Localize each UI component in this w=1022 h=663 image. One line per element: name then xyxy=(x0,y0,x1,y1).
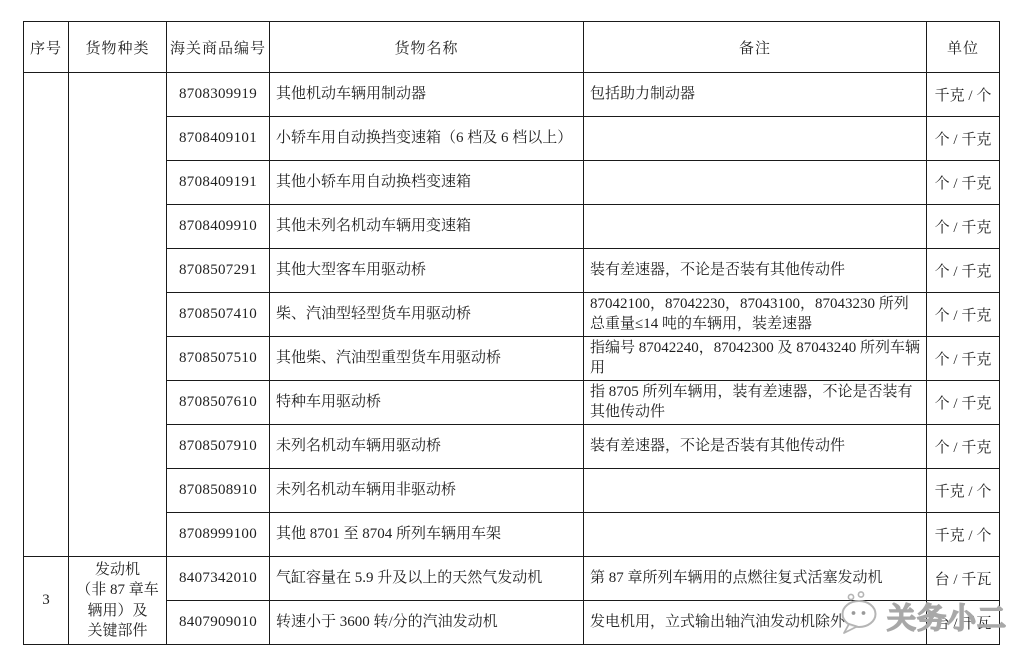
unit-cell: 千克 / 个 xyxy=(927,73,1000,117)
unit-cell: 个 / 千克 xyxy=(927,293,1000,337)
code-cell: 8708507510 xyxy=(167,337,270,381)
header-row: 序号货物种类海关商品编号货物名称备注单位 xyxy=(24,22,1000,73)
table-row: 8708507291其他大型客车用驱动桥装有差速器，不论是否装有其他传动件个 /… xyxy=(24,249,1000,293)
table-row: 8708309919其他机动车辆用制动器包括助力制动器千克 / 个 xyxy=(24,73,1000,117)
name-cell: 未列名机动车辆用驱动桥 xyxy=(270,425,584,469)
code-cell: 8407342010 xyxy=(167,557,270,601)
unit-cell: 个 / 千克 xyxy=(927,205,1000,249)
code-cell: 8708507910 xyxy=(167,425,270,469)
remark-cell xyxy=(584,161,927,205)
code-cell: 8407909010 xyxy=(167,601,270,645)
table-row: 8708508910未列名机动车辆用非驱动桥千克 / 个 xyxy=(24,469,1000,513)
code-cell: 8708508910 xyxy=(167,469,270,513)
name-cell: 小轿车用自动换挡变速箱（6 档及 6 档以上） xyxy=(270,117,584,161)
code-cell: 8708507410 xyxy=(167,293,270,337)
code-cell: 8708409191 xyxy=(167,161,270,205)
remark-cell: 装有差速器，不论是否装有其他传动件 xyxy=(584,249,927,293)
code-cell: 8708409910 xyxy=(167,205,270,249)
remark-cell: 第 87 章所列车辆用的点燃往复式活塞发动机 xyxy=(584,557,927,601)
unit-cell: 千克 / 个 xyxy=(927,469,1000,513)
unit-cell: 台 / 千瓦 xyxy=(927,557,1000,601)
table-row: 8708507910未列名机动车辆用驱动桥装有差速器，不论是否装有其他传动件个 … xyxy=(24,425,1000,469)
unit-cell: 台 / 千瓦 xyxy=(927,601,1000,645)
goods-table: 序号货物种类海关商品编号货物名称备注单位 8708309919其他机动车辆用制动… xyxy=(23,21,1000,645)
column-header-unit: 单位 xyxy=(927,22,1000,73)
code-cell: 8708309919 xyxy=(167,73,270,117)
name-cell: 气缸容量在 5.9 升及以上的天然气发动机 xyxy=(270,557,584,601)
remark-cell xyxy=(584,469,927,513)
table-row: 3发动机 （非 87 章车 辆用）及 关键部件8407342010气缸容量在 5… xyxy=(24,557,1000,601)
name-cell: 转速小于 3600 转/分的汽油发动机 xyxy=(270,601,584,645)
remark-cell: 指编号 87042240，87042300 及 87043240 所列车辆用 xyxy=(584,337,927,381)
unit-cell: 千克 / 个 xyxy=(927,513,1000,557)
name-cell: 其他 8701 至 8704 所列车辆用车架 xyxy=(270,513,584,557)
name-cell: 特种车用驱动桥 xyxy=(270,381,584,425)
name-cell: 其他柴、汽油型重型货车用驱动桥 xyxy=(270,337,584,381)
remark-cell: 包括助力制动器 xyxy=(584,73,927,117)
table-row: 8708507610特种车用驱动桥指 8705 所列车辆用，装有差速器，不论是否… xyxy=(24,381,1000,425)
table-row: 8708999100其他 8701 至 8704 所列车辆用车架千克 / 个 xyxy=(24,513,1000,557)
remark-cell: 发电机用，立式输出轴汽油发动机除外 xyxy=(584,601,927,645)
unit-cell: 个 / 千克 xyxy=(927,117,1000,161)
unit-cell: 个 / 千克 xyxy=(927,425,1000,469)
unit-cell: 个 / 千克 xyxy=(927,381,1000,425)
category-cell xyxy=(69,73,167,557)
remark-cell xyxy=(584,205,927,249)
code-cell: 8708507610 xyxy=(167,381,270,425)
column-header-serial: 序号 xyxy=(24,22,69,73)
remark-cell: 87042100，87042230，87043100，87043230 所列总重… xyxy=(584,293,927,337)
code-cell: 8708507291 xyxy=(167,249,270,293)
name-cell: 其他小轿车用自动换档变速箱 xyxy=(270,161,584,205)
column-header-name: 货物名称 xyxy=(270,22,584,73)
name-cell: 未列名机动车辆用非驱动桥 xyxy=(270,469,584,513)
remark-cell xyxy=(584,513,927,557)
table-row: 8708409101小轿车用自动换挡变速箱（6 档及 6 档以上）个 / 千克 xyxy=(24,117,1000,161)
table-row: 8708507410柴、汽油型轻型货车用驱动桥87042100，87042230… xyxy=(24,293,1000,337)
column-header-code: 海关商品编号 xyxy=(167,22,270,73)
serial-cell: 3 xyxy=(24,557,69,645)
name-cell: 其他未列名机动车辆用变速箱 xyxy=(270,205,584,249)
code-cell: 8708999100 xyxy=(167,513,270,557)
unit-cell: 个 / 千克 xyxy=(927,249,1000,293)
name-cell: 其他机动车辆用制动器 xyxy=(270,73,584,117)
table-row: 8407909010转速小于 3600 转/分的汽油发动机发电机用，立式输出轴汽… xyxy=(24,601,1000,645)
code-cell: 8708409101 xyxy=(167,117,270,161)
unit-cell: 个 / 千克 xyxy=(927,337,1000,381)
column-header-remark: 备注 xyxy=(584,22,927,73)
remark-cell: 装有差速器，不论是否装有其他传动件 xyxy=(584,425,927,469)
unit-cell: 个 / 千克 xyxy=(927,161,1000,205)
remark-cell xyxy=(584,117,927,161)
serial-cell xyxy=(24,73,69,557)
category-cell: 发动机 （非 87 章车 辆用）及 关键部件 xyxy=(69,557,167,645)
table-row: 8708409910其他未列名机动车辆用变速箱个 / 千克 xyxy=(24,205,1000,249)
name-cell: 柴、汽油型轻型货车用驱动桥 xyxy=(270,293,584,337)
column-header-category: 货物种类 xyxy=(69,22,167,73)
table-row: 8708409191其他小轿车用自动换档变速箱个 / 千克 xyxy=(24,161,1000,205)
remark-cell: 指 8705 所列车辆用，装有差速器，不论是否装有其他传动件 xyxy=(584,381,927,425)
customs-goods-table-page: 序号货物种类海关商品编号货物名称备注单位 8708309919其他机动车辆用制动… xyxy=(0,0,1022,663)
table-row: 8708507510其他柴、汽油型重型货车用驱动桥指编号 87042240，87… xyxy=(24,337,1000,381)
name-cell: 其他大型客车用驱动桥 xyxy=(270,249,584,293)
